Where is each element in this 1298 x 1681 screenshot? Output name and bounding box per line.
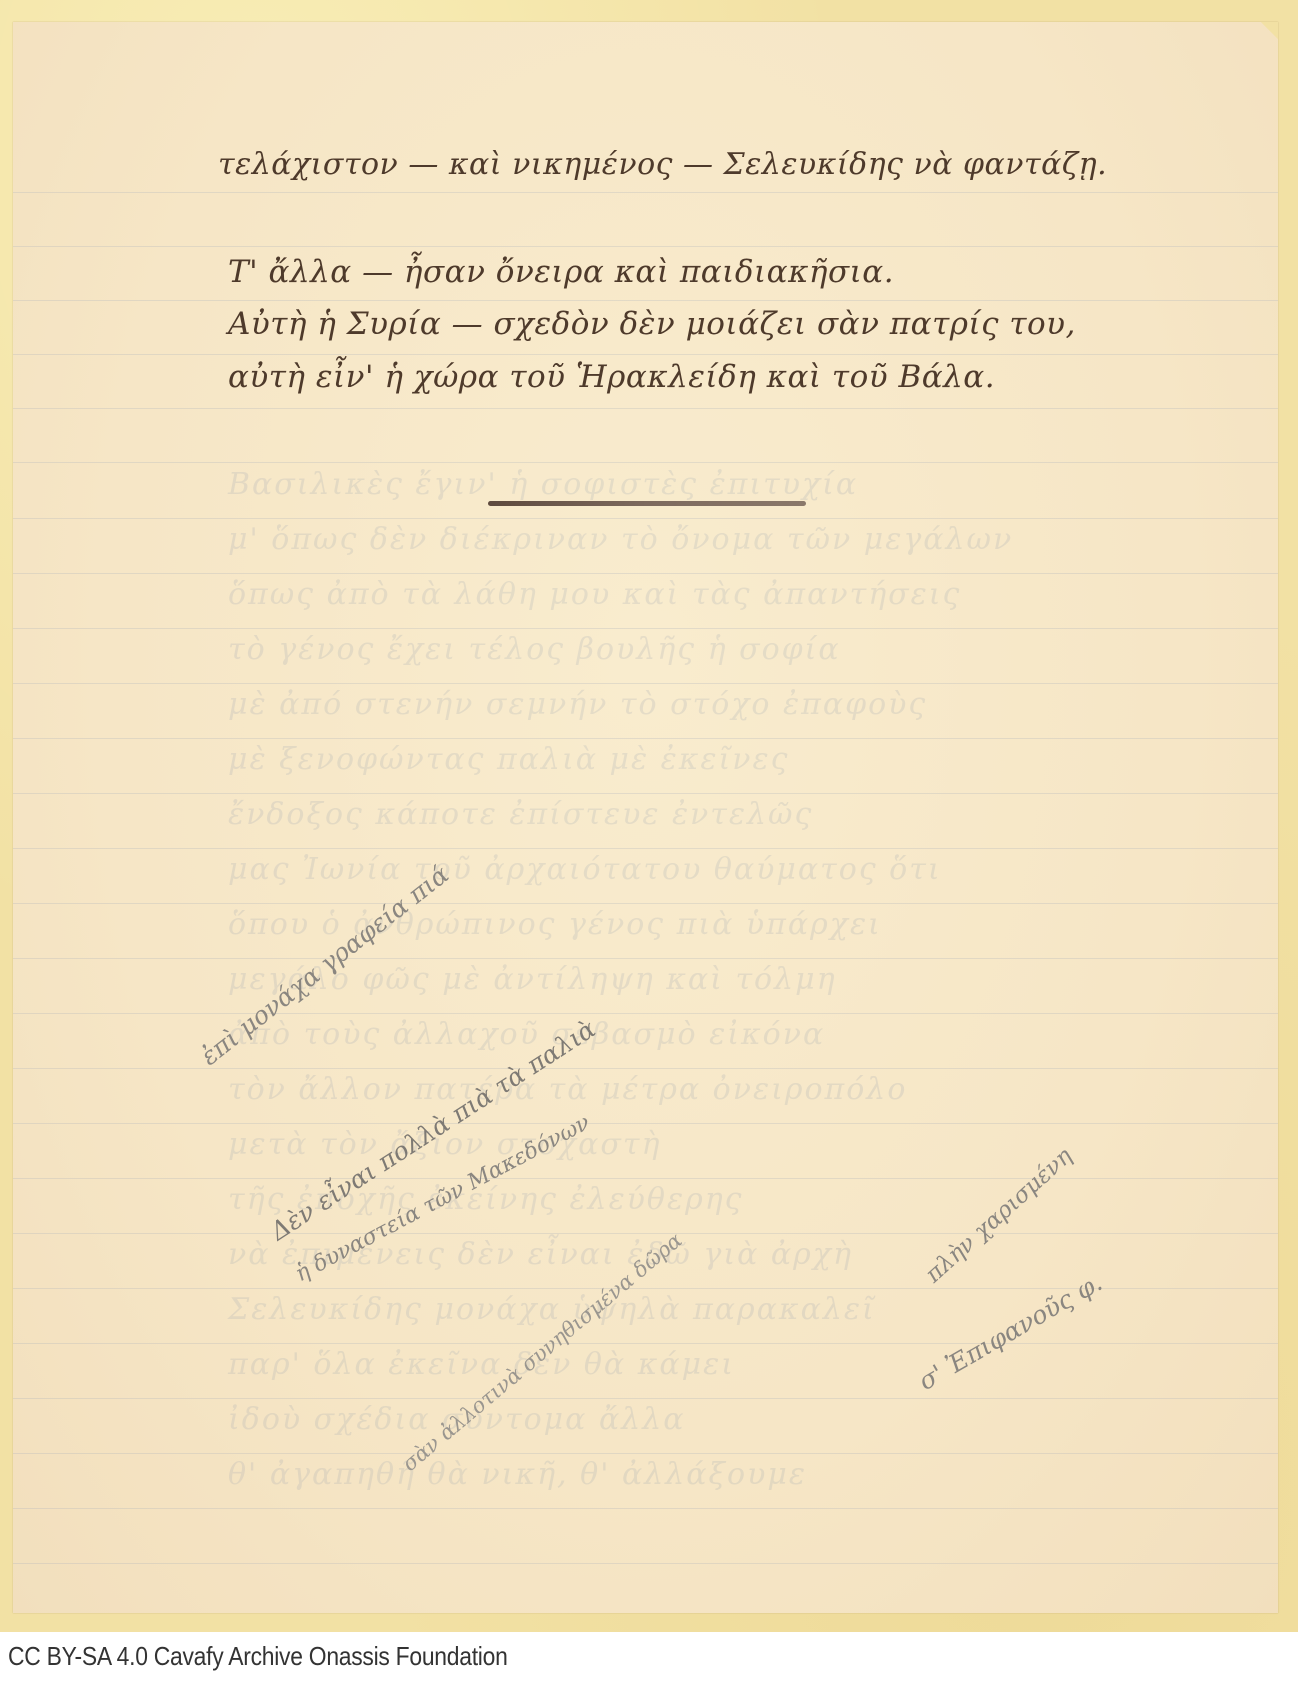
ruling-line xyxy=(13,354,1278,355)
ruling-line xyxy=(13,683,1278,684)
ruling-line xyxy=(13,958,1278,959)
ruling-line xyxy=(13,1398,1278,1399)
ruling-line xyxy=(13,1068,1278,1069)
ruling-line xyxy=(13,462,1278,463)
bleed-through-text: ὅπου ὁ ἀνθρώπινος γένος πιὰ ὑπάρχει xyxy=(228,907,882,942)
ruling-line xyxy=(13,300,1278,301)
bleed-through-text: μ' ὅπως δὲν διέκριναν τὸ ὄνομα τῶν μεγάλ… xyxy=(228,522,1013,557)
bleed-through-text: ἔνδοξος κάποτε ἐπίστευε ἐντελῶς xyxy=(228,797,813,832)
pencil-note: σ' Ἐπιφανοῦς φ. xyxy=(914,1268,1107,1396)
manuscript-page: Βασιλικὲς ἔγιν' ἡ σοφιστὲς ἐπιτυχία μ' ὅ… xyxy=(13,22,1278,1613)
bleed-through-text: παρ' ὅλα ἐκεῖνα δὲν θὰ κάμει xyxy=(228,1347,735,1382)
ruling-line xyxy=(13,246,1278,247)
manuscript-line-3: Αὐτὴ ἡ Συρία — σχεδὸν δὲν μοιάζει σὰν πα… xyxy=(228,306,1076,342)
ruling-line xyxy=(13,1508,1278,1509)
ruling-line xyxy=(13,1013,1278,1014)
ruling-line xyxy=(13,738,1278,739)
ruling-line xyxy=(13,903,1278,904)
ruling-line xyxy=(13,1563,1278,1564)
bleed-through-text: ἀπὸ τοὺς ἀλλαχοῦ σεβασμὸ εἰκόνα xyxy=(228,1017,825,1052)
section-separator xyxy=(488,501,806,506)
bleed-through-text: ὅπως ἀπὸ τὰ λάθη μου καὶ τὰς ἀπαντήσεις xyxy=(228,577,961,612)
manuscript-line-4: αὐτὴ εἶν' ἡ χώρα τοῦ Ἡρακλείδη καὶ τοῦ Β… xyxy=(228,359,995,395)
bleed-through-text: Σελευκίδης μονάχα ὑψηλὰ παρακαλεῖ xyxy=(228,1292,876,1327)
ruling-line xyxy=(13,1123,1278,1124)
ruling-line xyxy=(13,848,1278,849)
ruling-line xyxy=(13,1178,1278,1179)
pencil-note: πλὴν χαρισμένη xyxy=(921,1143,1078,1288)
ruling-line xyxy=(13,793,1278,794)
ruling-line xyxy=(13,518,1278,519)
ruling-line xyxy=(13,573,1278,574)
bleed-through-text: Βασιλικὲς ἔγιν' ἡ σοφιστὲς ἐπιτυχία xyxy=(228,467,858,502)
bleed-through-text: μας Ἰωνία τοῦ ἀρχαιότατου θαύματος ὅτι xyxy=(228,852,942,887)
bleed-through-text: θ' ἀγαπηθῆ θὰ νικῆ, θ' ἀλλάξουμε xyxy=(228,1457,807,1492)
ruling-line xyxy=(13,408,1278,409)
bleed-through-text: τὸν ἄλλον πατέρα τὰ μέτρα ὀνειροπόλο xyxy=(228,1072,907,1107)
manuscript-line-1: τελάχιστον — καὶ νικημένος — Σελευκίδης … xyxy=(218,147,1107,182)
ruling-line xyxy=(13,1343,1278,1344)
bleed-through-text: μὲ ξενοφώντας παλιὰ μὲ ἐκεῖνες xyxy=(228,742,789,777)
manuscript-line-2: Τ' ἄλλα — ἦσαν ὄνειρα καὶ παιδιακῆσια. xyxy=(228,254,894,290)
bleed-through-text: μὲ ἀπό στενήν σεμνήν τὸ στόχο ἐπαφοὺς xyxy=(228,687,927,722)
license-caption: CC BY-SA 4.0 Cavafy Archive Onassis Foun… xyxy=(8,1641,508,1672)
ruling-line xyxy=(13,192,1278,193)
bleed-through-text: τὸ γένος ἔχει τέλος βουλῆς ἡ σοφία xyxy=(228,632,841,667)
ruling-line xyxy=(13,628,1278,629)
folded-corner xyxy=(1198,22,1278,82)
ruling-line xyxy=(13,1453,1278,1454)
ruling-line xyxy=(13,1233,1278,1234)
